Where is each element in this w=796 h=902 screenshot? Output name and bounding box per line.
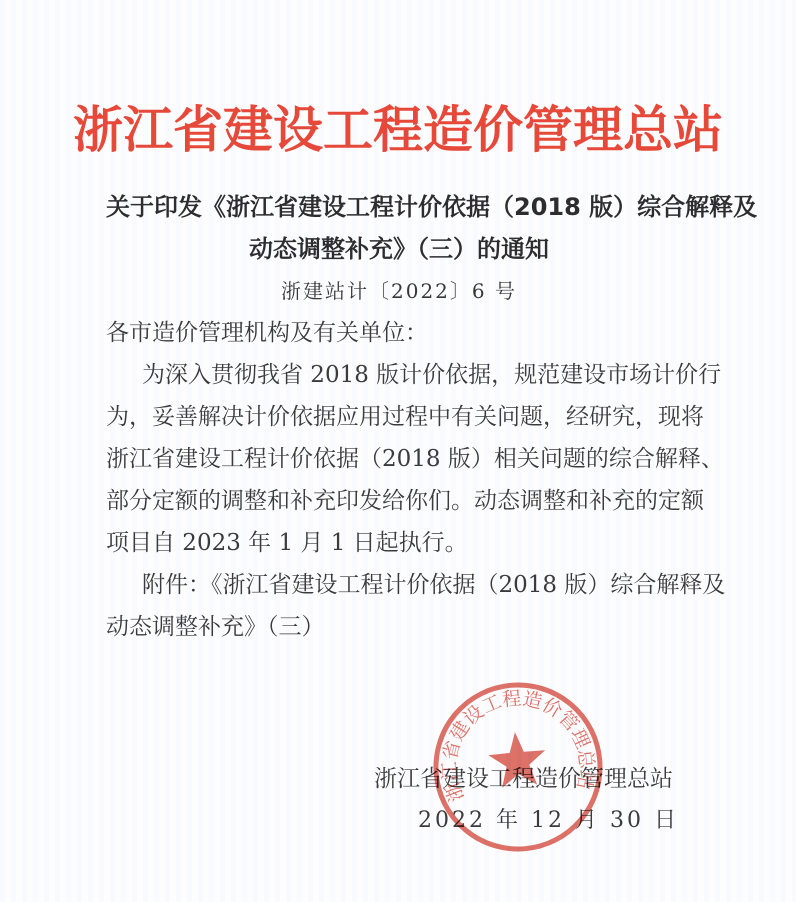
subject-line-2: 动态调整补充》（三）的通知 — [106, 228, 692, 270]
subject-line-1: 关于印发《浙江省建设工程计价依据（2018 版）综合解释及 — [106, 186, 692, 228]
document-page: 浙江省建设工程造价管理总站 关于印发《浙江省建设工程计价依据（2018 版）综合… — [0, 0, 796, 902]
letterhead-title: 浙江省建设工程造价管理总站 — [0, 101, 796, 159]
paragraph-line: 为深入贯彻我省 2018 版计价依据，规范建设市场计价行 — [106, 354, 692, 396]
official-seal: 浙江省建设工程造价管理总站 — [416, 665, 620, 869]
paragraph-line: 部分定额的调整和补充印发给你们。动态调整和补充的定额 — [106, 480, 692, 522]
paragraph-line: 浙江省建设工程计价依据（2018 版）相关问题的综合解释、 — [106, 438, 692, 480]
document-body: 关于印发《浙江省建设工程计价依据（2018 版）综合解释及 动态调整补充》（三）… — [106, 186, 692, 648]
document-number: 浙建站计〔2022〕6 号 — [106, 270, 692, 312]
attachment-line-1: 附件：《浙江省建设工程计价依据（2018 版）综合解释及 — [106, 564, 692, 606]
paragraph-line: 项目自 2023 年 1 月 1 日起执行。 — [106, 522, 692, 564]
paragraph-line: 为，妥善解决计价依据应用过程中有关问题，经研究，现将 — [106, 396, 692, 438]
salutation: 各市造价管理机构及有关单位： — [106, 312, 692, 354]
seal-star-icon — [487, 730, 549, 789]
attachment-line-2: 动态调整补充》（三） — [106, 606, 692, 648]
